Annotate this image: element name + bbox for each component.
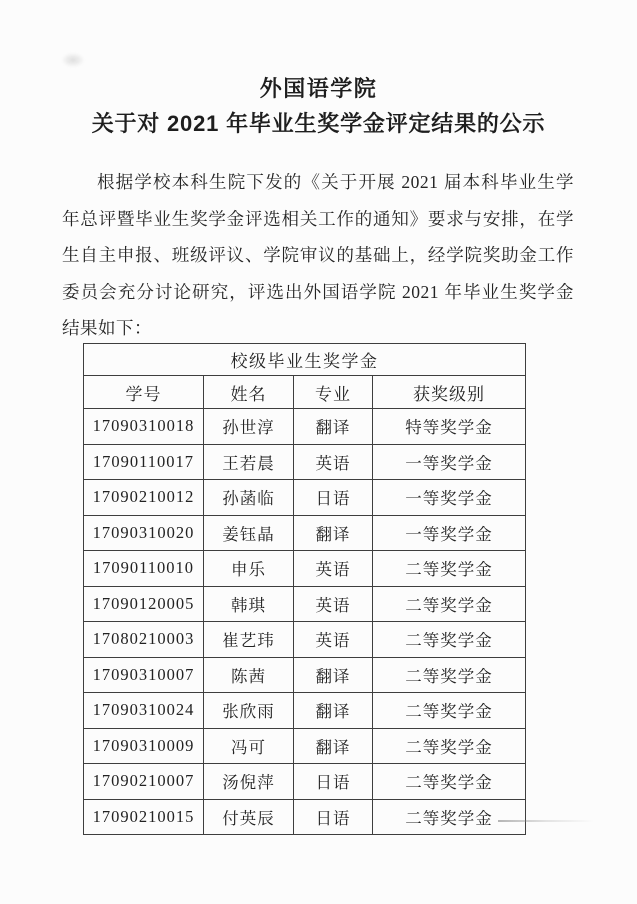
- scan-streak: [498, 820, 594, 822]
- award-level-cell: 特等奖学金: [373, 409, 526, 445]
- table-row: 17080210003崔艺玮英语二等奖学金: [84, 622, 526, 658]
- award-level-cell: 一等奖学金: [373, 444, 526, 480]
- award-level-cell: 一等奖学金: [373, 515, 526, 551]
- major-cell: 翻译: [294, 728, 373, 764]
- student-id-cell: 17090120005: [84, 586, 204, 622]
- name-cell: 孙世淳: [204, 409, 294, 445]
- name-cell: 陈茜: [204, 657, 294, 693]
- header-name: 姓名: [204, 376, 294, 409]
- scan-smudge: [62, 53, 84, 67]
- name-cell: 申乐: [204, 551, 294, 587]
- student-id-cell: 17090310007: [84, 657, 204, 693]
- name-cell: 汤倪萍: [204, 764, 294, 800]
- major-cell: 翻译: [294, 515, 373, 551]
- name-cell: 崔艺玮: [204, 622, 294, 658]
- document-title-line2: 关于对 2021 年毕业生奖学金评定结果的公示: [0, 107, 637, 138]
- body-paragraph: 根据学校本科生院下发的《关于开展 2021 届本科毕业生学年总评暨毕业生奖学金评…: [62, 164, 574, 347]
- major-cell: 英语: [294, 551, 373, 587]
- student-id-cell: 17090310020: [84, 515, 204, 551]
- award-level-cell: 二等奖学金: [373, 622, 526, 658]
- major-cell: 日语: [294, 764, 373, 800]
- document-page: 外国语学院 关于对 2021 年毕业生奖学金评定结果的公示 根据学校本科生院下发…: [0, 0, 637, 904]
- name-cell: 付英辰: [204, 799, 294, 835]
- table-row: 17090110010申乐英语二等奖学金: [84, 551, 526, 587]
- major-cell: 日语: [294, 480, 373, 516]
- major-cell: 翻译: [294, 657, 373, 693]
- student-id-cell: 17090210007: [84, 764, 204, 800]
- award-level-cell: 二等奖学金: [373, 728, 526, 764]
- table-row: 17090310024张欣雨翻译二等奖学金: [84, 693, 526, 729]
- table-caption-row: 校级毕业生奖学金: [84, 344, 526, 376]
- major-cell: 日语: [294, 799, 373, 835]
- table-row: 17090210012孙菡临日语一等奖学金: [84, 480, 526, 516]
- header-student-id: 学号: [84, 376, 204, 409]
- student-id-cell: 17090110017: [84, 444, 204, 480]
- name-cell: 孙菡临: [204, 480, 294, 516]
- header-award-level: 获奖级别: [373, 376, 526, 409]
- award-level-cell: 二等奖学金: [373, 799, 526, 835]
- table-row: 17090120005韩琪英语二等奖学金: [84, 586, 526, 622]
- name-cell: 张欣雨: [204, 693, 294, 729]
- name-cell: 冯可: [204, 728, 294, 764]
- student-id-cell: 17090310009: [84, 728, 204, 764]
- award-level-cell: 二等奖学金: [373, 586, 526, 622]
- major-cell: 英语: [294, 586, 373, 622]
- table-row: 17090310018孙世淳翻译特等奖学金: [84, 409, 526, 445]
- document-title-line1: 外国语学院: [0, 72, 637, 103]
- award-level-cell: 二等奖学金: [373, 764, 526, 800]
- name-cell: 王若晨: [204, 444, 294, 480]
- table-row: 17090310020姜钰晶翻译一等奖学金: [84, 515, 526, 551]
- table-row: 17090110017王若晨英语一等奖学金: [84, 444, 526, 480]
- table-row: 17090210007汤倪萍日语二等奖学金: [84, 764, 526, 800]
- table-row: 17090210015付英辰日语二等奖学金: [84, 799, 526, 835]
- student-id-cell: 17090210015: [84, 799, 204, 835]
- major-cell: 翻译: [294, 693, 373, 729]
- student-id-cell: 17090310018: [84, 409, 204, 445]
- table-caption: 校级毕业生奖学金: [84, 344, 526, 376]
- table-header-row: 学号 姓名 专业 获奖级别: [84, 376, 526, 409]
- name-cell: 姜钰晶: [204, 515, 294, 551]
- student-id-cell: 17090310024: [84, 693, 204, 729]
- major-cell: 翻译: [294, 409, 373, 445]
- major-cell: 英语: [294, 622, 373, 658]
- award-level-cell: 二等奖学金: [373, 657, 526, 693]
- award-level-cell: 一等奖学金: [373, 480, 526, 516]
- table-row: 17090310009冯可翻译二等奖学金: [84, 728, 526, 764]
- table-body: 17090310018孙世淳翻译特等奖学金17090110017王若晨英语一等奖…: [84, 409, 526, 835]
- name-cell: 韩琪: [204, 586, 294, 622]
- student-id-cell: 17090210012: [84, 480, 204, 516]
- scholarship-table: 校级毕业生奖学金 学号 姓名 专业 获奖级别 17090310018孙世淳翻译特…: [83, 343, 526, 835]
- award-level-cell: 二等奖学金: [373, 693, 526, 729]
- table-row: 17090310007陈茜翻译二等奖学金: [84, 657, 526, 693]
- student-id-cell: 17080210003: [84, 622, 204, 658]
- student-id-cell: 17090110010: [84, 551, 204, 587]
- major-cell: 英语: [294, 444, 373, 480]
- award-level-cell: 二等奖学金: [373, 551, 526, 587]
- header-major: 专业: [294, 376, 373, 409]
